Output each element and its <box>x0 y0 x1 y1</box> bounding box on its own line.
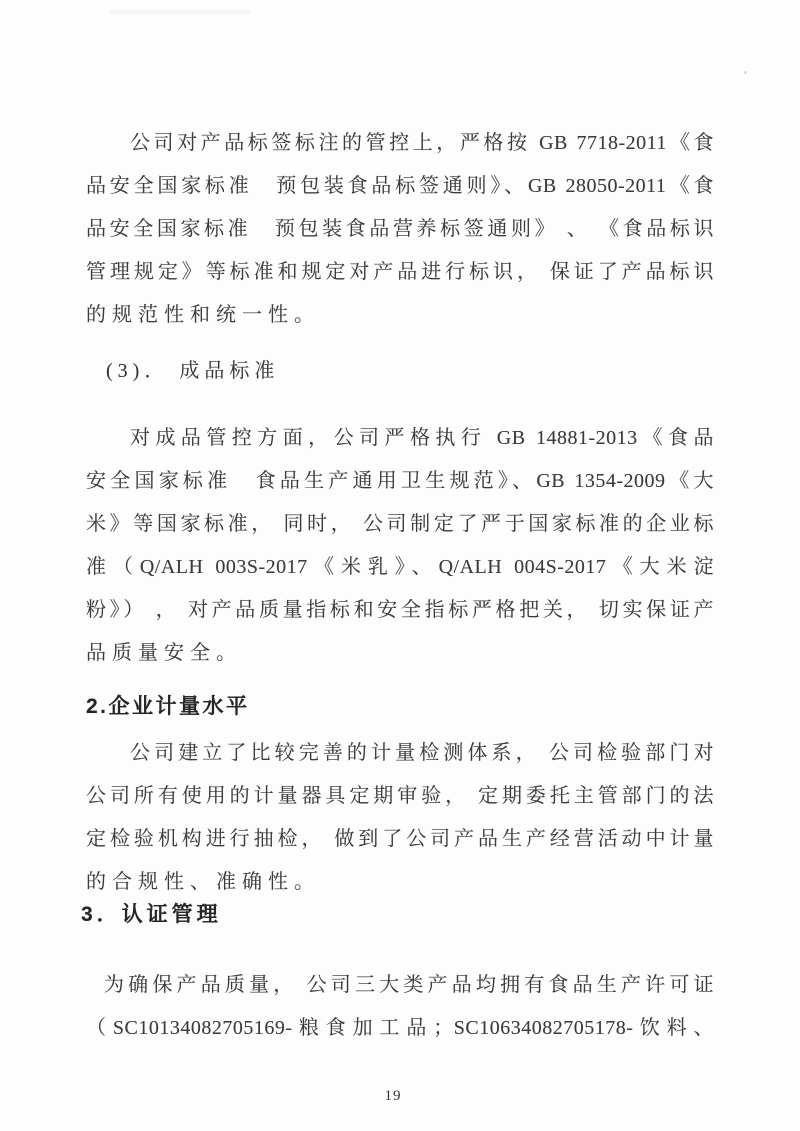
text-line: 准（Q/ALH 003S-2017《米乳》、Q/ALH 004S-2017《大米… <box>86 546 714 589</box>
text-line: （SC10134082705169-粮食加工品；SC10634082705178… <box>86 1007 714 1050</box>
section-heading-enterprise-metrology: 2.企业计量水平 <box>86 690 250 720</box>
text-line: 品安全国家标准 预包装食品标签通则》、GB 28050-2011《食 <box>86 165 714 208</box>
paragraph-production-licenses: 为确保产品质量， 公司三大类产品均拥有食品生产许可证 （SC1013408270… <box>86 964 714 1050</box>
page-number: 19 <box>0 1088 786 1105</box>
text-line: 对成品管控方面，公司严格执行 GB 14881-2013《食品 <box>86 417 714 460</box>
text-line: 米》等国家标准， 同时， 公司制定了严于国家标准的企业标 <box>86 503 714 546</box>
text-line: 为确保产品质量， 公司三大类产品均拥有食品生产许可证 <box>86 964 714 1007</box>
paragraph-finished-product-control: 对成品管控方面，公司严格执行 GB 14881-2013《食品 安全国家标准 食… <box>86 417 714 675</box>
text-line: 公司对产品标签标注的管控上，严格按 GB 7718-2011《食 <box>86 122 714 165</box>
text-line: 品安全国家标准 预包装食品营养标签通则》 、 《食品标识 <box>86 208 714 251</box>
scan-smudge <box>110 10 250 14</box>
text-line: 定检验机构进行抽检， 做到了公司产品生产经营活动中计量 <box>86 818 714 861</box>
text-line: 品质量安全。 <box>86 632 714 675</box>
subsection-heading-finished-product-standard: (3)． 成品标准 <box>106 354 279 383</box>
scan-speck <box>744 71 747 74</box>
text-line: 粉》） ， 对产品质量指标和安全指标严格把关， 切实保证产 <box>86 589 714 632</box>
text-line: 公司建立了比较完善的计量检测体系， 公司检验部门对 <box>86 732 714 775</box>
section-heading-certification-management: 3．认证管理 <box>81 898 222 928</box>
paragraph-label-control: 公司对产品标签标注的管控上，严格按 GB 7718-2011《食 品安全国家标准… <box>86 122 714 337</box>
text-line: 安全国家标准 食品生产通用卫生规范》、GB 1354-2009《大 <box>86 460 714 503</box>
paragraph-metrology-system: 公司建立了比较完善的计量检测体系， 公司检验部门对 公司所有使用的计量器具定期审… <box>86 732 714 904</box>
text-line: 公司所有使用的计量器具定期审验， 定期委托主管部门的法 <box>86 775 714 818</box>
scanned-document-page: 公司对产品标签标注的管控上，严格按 GB 7718-2011《食 品安全国家标准… <box>0 0 800 1131</box>
text-line: 的规范性和统一性。 <box>86 294 714 337</box>
text-line: 管理规定》等标准和规定对产品进行标识， 保证了产品标识 <box>86 251 714 294</box>
